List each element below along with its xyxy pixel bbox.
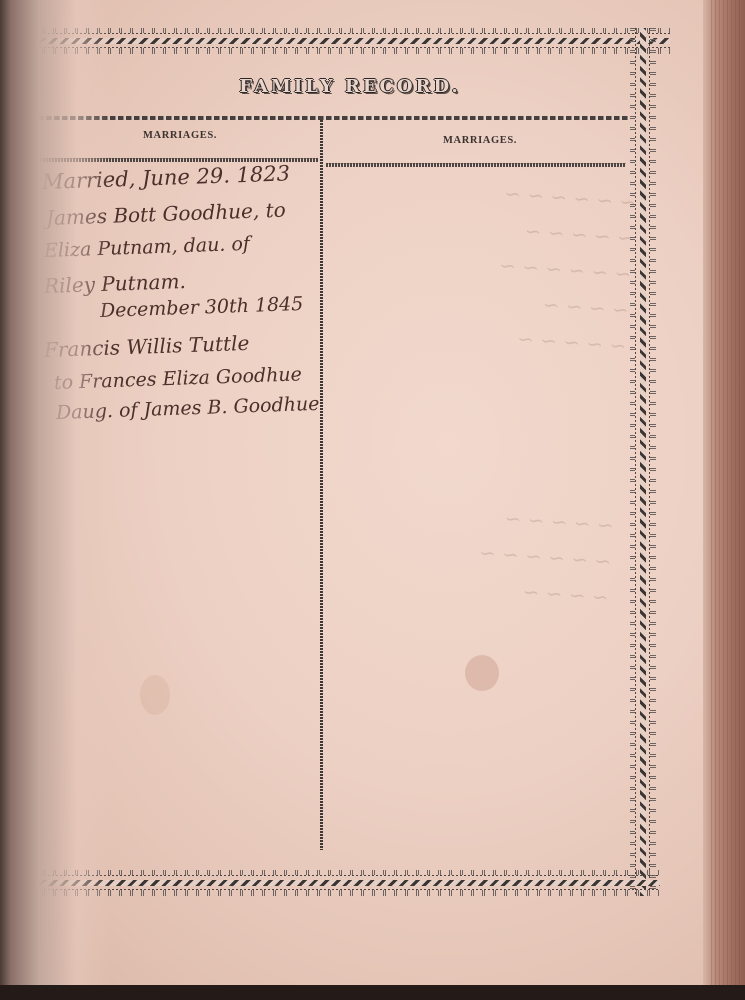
border-right: [630, 28, 656, 896]
book-fore-edge: [703, 0, 745, 985]
book-page: ~ ~ ~ ~ ~ ~ ~ ~ ~ ~ ~ ~ ~ ~ ~ ~ ~ ~ ~ ~ …: [0, 0, 745, 985]
column-header-right: MARRIAGES.: [330, 135, 630, 146]
book-gutter-shadow: [0, 0, 110, 985]
border-bottom: [20, 870, 660, 896]
title-divider: [30, 116, 630, 120]
column-divider: [320, 120, 323, 850]
header-rule-right: [326, 163, 626, 167]
book-bottom-edge: [0, 985, 745, 1000]
page-title: FAMILY RECORD.: [140, 76, 560, 97]
border-top: [20, 28, 670, 54]
